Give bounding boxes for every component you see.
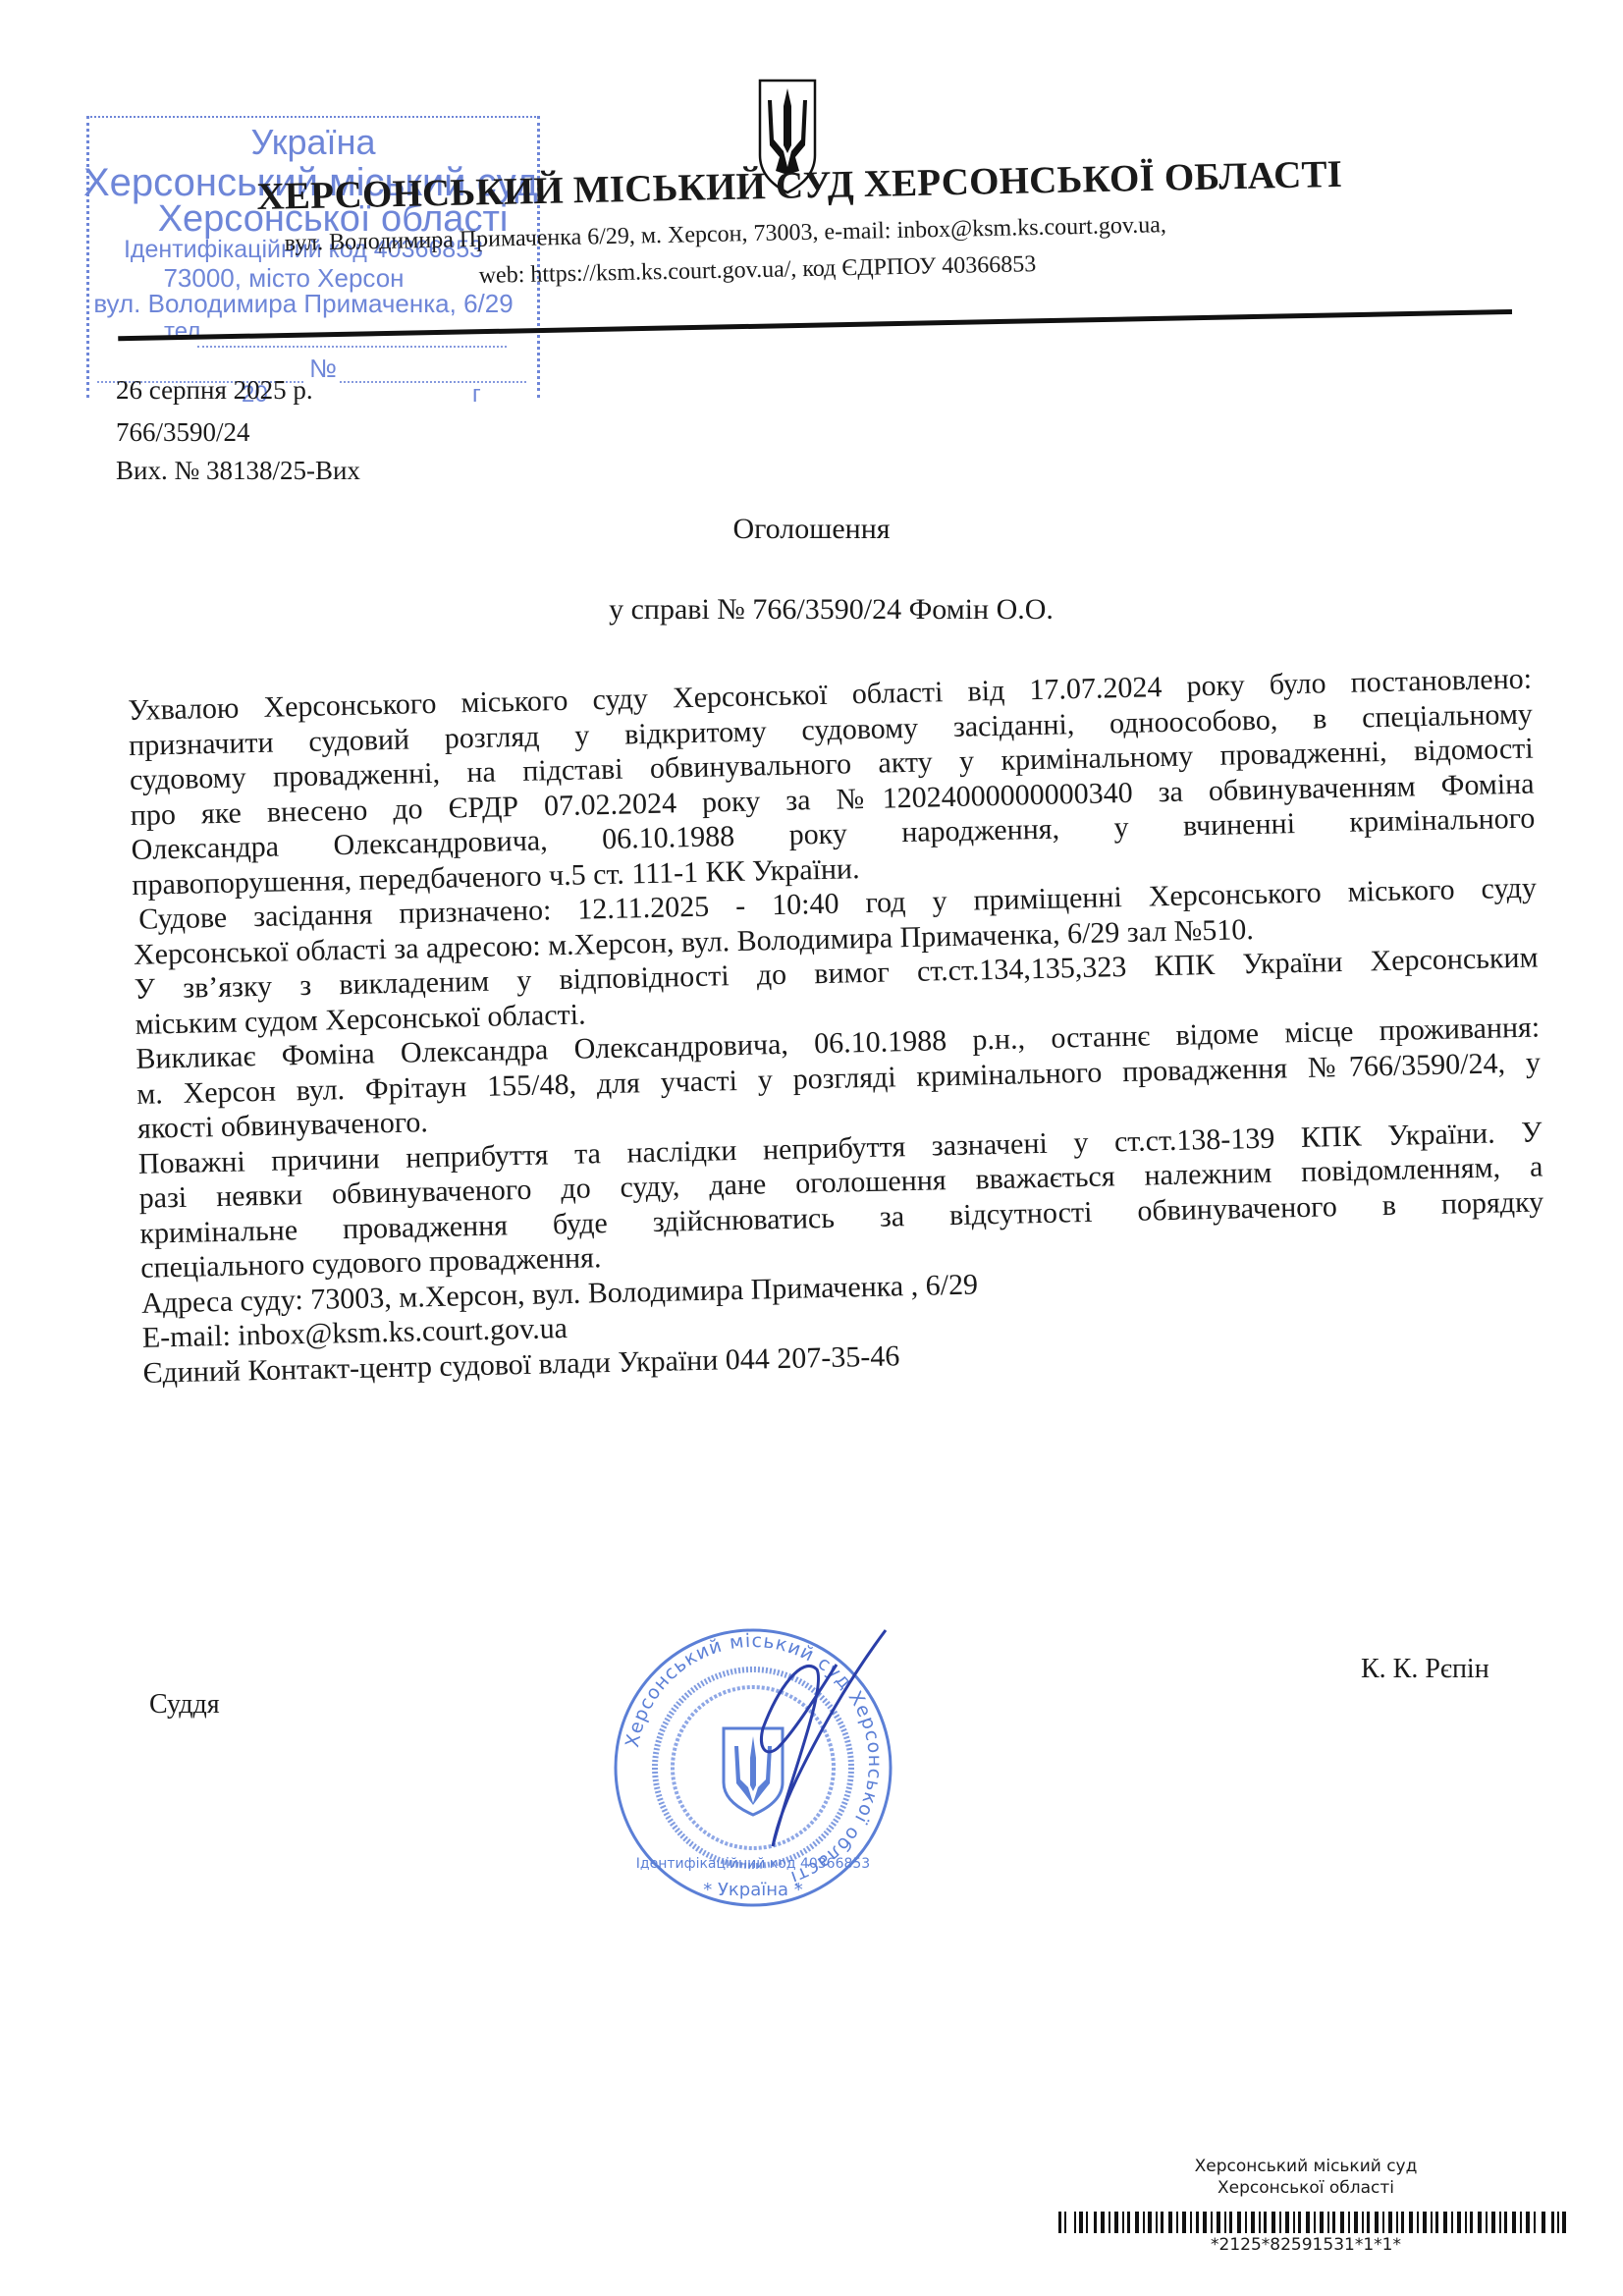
judge-name: К. К. Рєпін (1361, 1654, 1489, 1685)
stamp-country: Україна (89, 122, 537, 163)
document-subtitle: у справі № 766/3590/24 Фомін О.О. (0, 593, 1623, 627)
document-title: Оголошення (0, 513, 1623, 546)
stamp-divider (197, 346, 507, 348)
svg-text:Ідентифікаційний код 40366853: Ідентифікаційний код 40366853 (636, 1856, 870, 1872)
svg-text:* Україна *: * Україна * (703, 1880, 803, 1900)
barcode-org-line2: Херсонської області (1159, 2178, 1453, 2198)
announcement-body: Ухвалою Херсонського міського суду Херсо… (128, 662, 1547, 1391)
case-number: 766/3590/24 (116, 417, 250, 448)
court-seal: Херсонський міський суд Херсонської обла… (601, 1611, 905, 1915)
stamp-street: вул. Володимира Примаченка, 6/29 (80, 289, 527, 319)
document-date: 26 серпня 2025 р. (116, 375, 313, 406)
stamp-divider (340, 381, 526, 383)
stamp-year-suffix: г (472, 381, 481, 409)
barcode (1058, 2212, 1569, 2233)
court-web-and-code: web: https://ksm.ks.court.gov.ua/, код Є… (478, 251, 1036, 290)
barcode-org-line1: Херсонський міський суд (1159, 2157, 1453, 2176)
judge-label: Суддя (149, 1689, 220, 1721)
outgoing-number: Вих. № 38138/25-Вих (116, 456, 360, 486)
barcode-number: *2125*82591531*1*1* (1159, 2235, 1453, 2255)
registration-stamp: Україна Херсонський міський суд Херсонсь… (86, 116, 540, 398)
